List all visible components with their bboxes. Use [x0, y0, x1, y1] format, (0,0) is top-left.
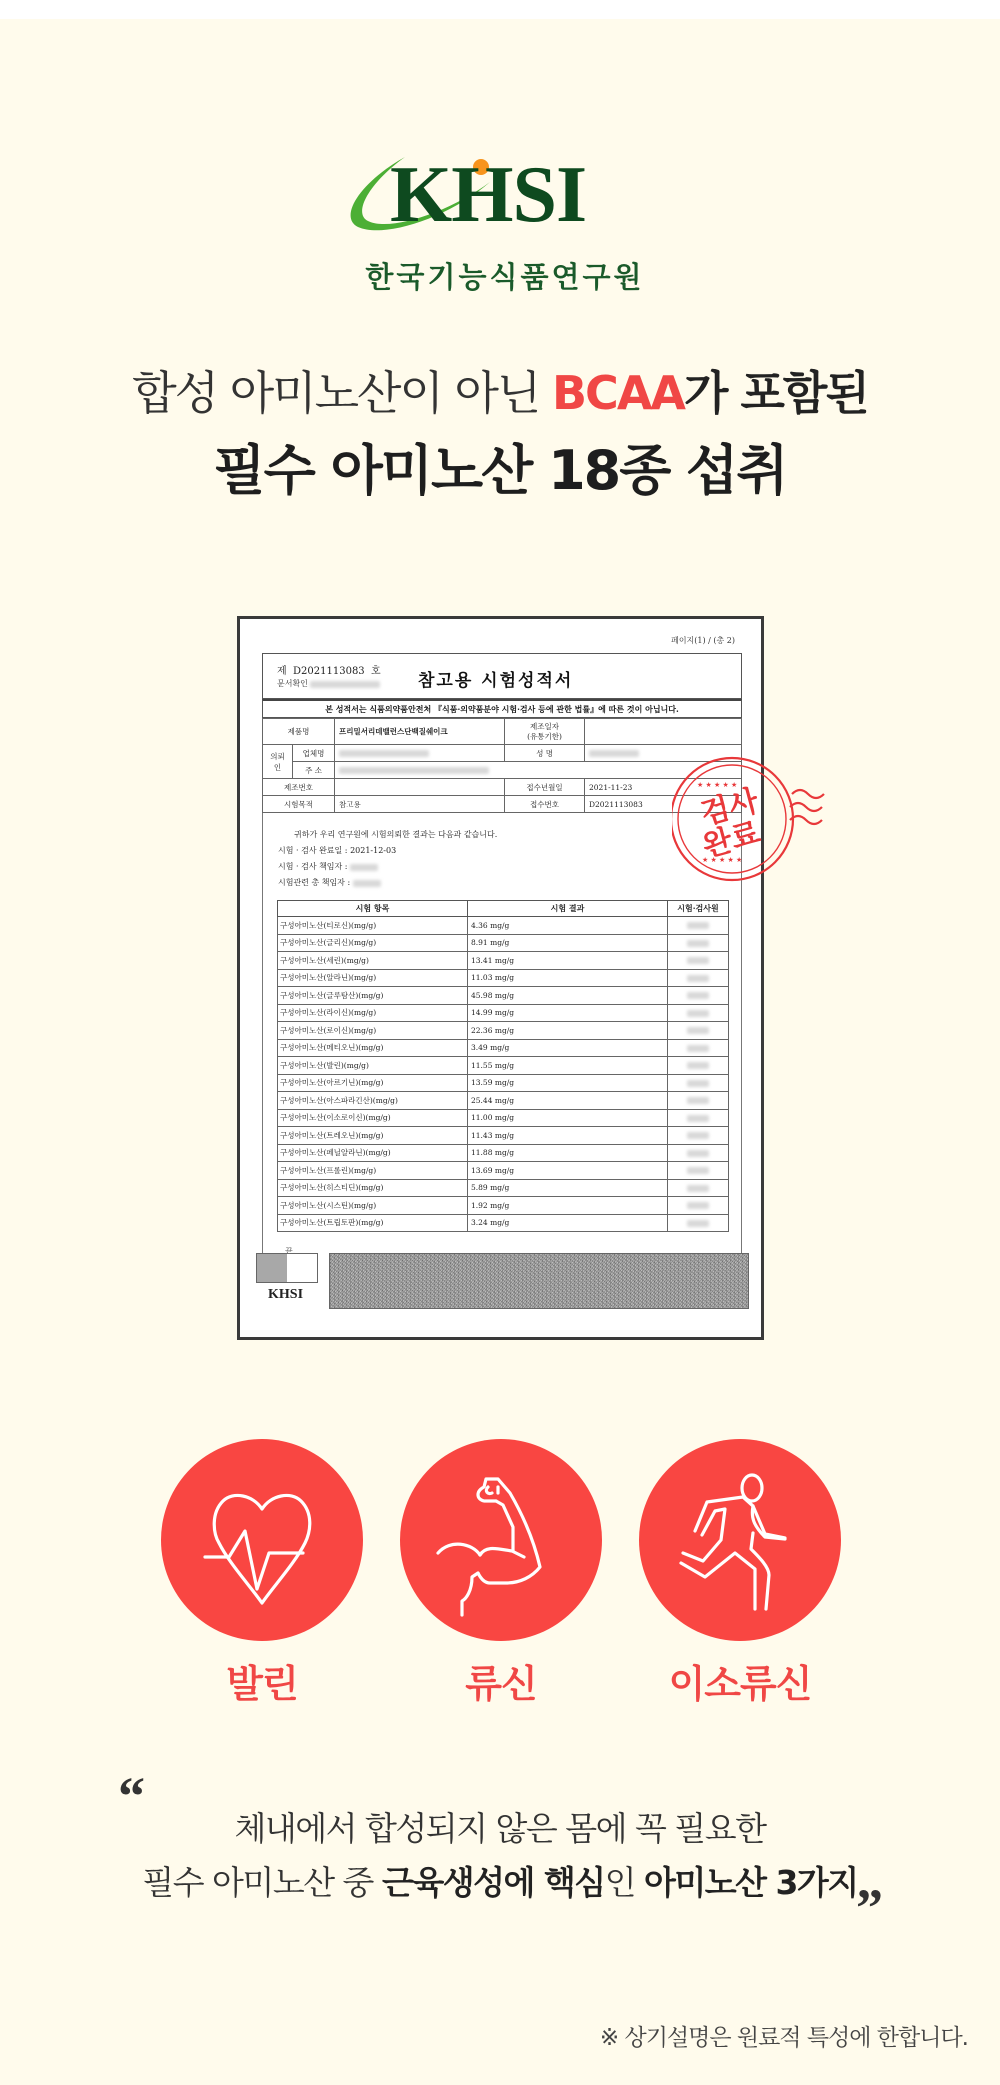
inspector-redacted [668, 1004, 729, 1022]
table-row: 구성아미노산(글리신)(mg/g)8.91 mg/g [278, 934, 729, 952]
svg-text:★ ★ ★ ★ ★: ★ ★ ★ ★ ★ [697, 781, 737, 789]
table-row: 구성아미노산(세린)(mg/g)13.41 mg/g [278, 952, 729, 970]
headline-suffix: 가 포함된 [684, 366, 868, 420]
test-item: 구성아미노산(로이신)(mg/g) [278, 1022, 468, 1040]
table-row: 구성아미노산(아스파라긴산)(mg/g)25.44 mg/g [278, 1092, 729, 1110]
inspector-redacted [668, 1214, 729, 1232]
test-result: 5.89 mg/g [468, 1179, 668, 1197]
quote-line-2: 필수 아미노산 중 근육생성에 핵심인 아미노산 3가지 [0, 1859, 1000, 1907]
redacted-value [353, 880, 381, 887]
test-result: 8.91 mg/g [468, 934, 668, 952]
test-result: 45.98 mg/g [468, 987, 668, 1005]
table-row: 구성아미노산(글루탐산)(mg/g)45.98 mg/g [278, 987, 729, 1005]
redacted-value [687, 1027, 709, 1034]
inspector-redacted [668, 987, 729, 1005]
test-result: 11.00 mg/g [468, 1109, 668, 1127]
certificate-notice: 본 성적서는 식품의약품안전처 『식품·의약품분야 시험·검사 등에 관한 법률… [262, 699, 742, 718]
redacted-value [687, 1167, 709, 1174]
redacted-value [687, 1202, 709, 1209]
test-result: 11.43 mg/g [468, 1127, 668, 1145]
table-row: 구성아미노산(로이신)(mg/g)22.36 mg/g [278, 1022, 729, 1040]
table-row: 구성아미노산(트레오닌)(mg/g)11.43 mg/g [278, 1127, 729, 1145]
test-item: 구성아미노산(글루탐산)(mg/g) [278, 987, 468, 1005]
redacted-value [310, 681, 380, 688]
headline: 합성 아미노산이 아닌 BCAA가 포함된 필수 아미노산 18종 섭취 [0, 359, 1000, 511]
inspector-redacted [668, 1057, 729, 1075]
footnote: ※ 상기설명은 원료적 특성에 한합니다. [600, 2019, 968, 2052]
test-result: 11.88 mg/g [468, 1144, 668, 1162]
stamp-icon: ★ ★ ★ ★ ★ ★ ★ ★ ★ ★ 검사 완료 [672, 749, 832, 889]
test-certificate: 페이지(1) / (총 2) 제 D2021113083 호 문서확인 참고용 … [237, 616, 764, 1340]
quote-block: “ 체내에서 합성되지 않은 몸에 꼭 필요한 필수 아미노산 중 근육생성에 … [0, 1769, 1000, 1929]
table-row: 구성아미노산(알라닌)(mg/g)11.03 mg/g [278, 969, 729, 987]
test-result: 22.36 mg/g [468, 1022, 668, 1040]
redacted-value [687, 957, 709, 964]
table-row: 구성아미노산(메티오닌)(mg/g)3.49 mg/g [278, 1039, 729, 1057]
test-result: 14.99 mg/g [468, 1004, 668, 1022]
table-row: 구성아미노산(티로신)(mg/g)4.36 mg/g [278, 917, 729, 935]
test-item: 구성아미노산(발린)(mg/g) [278, 1057, 468, 1075]
inspector-redacted [668, 969, 729, 987]
test-result: 13.69 mg/g [468, 1162, 668, 1180]
logo-text: KHSI [390, 155, 586, 235]
test-item: 구성아미노산(세린)(mg/g) [278, 952, 468, 970]
test-item: 구성아미노산(메티오닌)(mg/g) [278, 1039, 468, 1057]
redacted-value [687, 1220, 709, 1227]
benefit-valine: 발린 [161, 1439, 363, 1709]
footer-security-pattern [329, 1253, 749, 1309]
benefit-isoleucine: 이소류신 [639, 1439, 841, 1709]
test-item: 구성아미노산(이소로이신)(mg/g) [278, 1109, 468, 1127]
valine-circle [161, 1439, 363, 1641]
test-item: 구성아미노산(시스틴)(mg/g) [278, 1197, 468, 1215]
inspector-redacted [668, 1179, 729, 1197]
benefit-label: 류신 [400, 1659, 602, 1709]
benefit-label: 이소류신 [639, 1659, 841, 1709]
flexed-arm-icon [400, 1439, 602, 1641]
heart-pulse-icon [161, 1439, 363, 1641]
redacted-value [687, 975, 709, 982]
redacted-value [339, 767, 489, 774]
test-result: 1.92 mg/g [468, 1197, 668, 1215]
test-item: 구성아미노산(페닐알라닌)(mg/g) [278, 1144, 468, 1162]
test-item: 구성아미노산(아스파라긴산)(mg/g) [278, 1092, 468, 1110]
test-item: 구성아미노산(트레오닌)(mg/g) [278, 1127, 468, 1145]
redacted-value [687, 1080, 709, 1087]
table-row: 구성아미노산(라이신)(mg/g)14.99 mg/g [278, 1004, 729, 1022]
running-person-icon [639, 1439, 841, 1641]
logo-subtitle: 한국기능식품연구원 [360, 255, 650, 296]
inspection-complete-stamp: ★ ★ ★ ★ ★ ★ ★ ★ ★ ★ 검사 완료 [672, 749, 832, 889]
redacted-value [687, 1132, 709, 1139]
document-number: 제 D2021113083 호 [277, 662, 381, 677]
benefit-label: 발린 [161, 1659, 363, 1709]
redacted-value [687, 940, 709, 947]
page: KHSI 한국기능식품연구원 합성 아미노산이 아닌 BCAA가 포함된 필수 … [0, 19, 1000, 2085]
redacted-value [687, 1097, 709, 1104]
close-quote-icon: ” [856, 1881, 883, 1935]
headline-accent-bcaa: BCAA [552, 366, 684, 420]
table-row: 구성아미노산(페닐알라닌)(mg/g)11.88 mg/g [278, 1144, 729, 1162]
inspector-redacted [668, 1039, 729, 1057]
test-item: 구성아미노산(히스티딘)(mg/g) [278, 1179, 468, 1197]
test-item: 구성아미노산(알라닌)(mg/g) [278, 969, 468, 987]
table-row: 구성아미노산(히스티딘)(mg/g)5.89 mg/g [278, 1179, 729, 1197]
document-check: 문서확인 [277, 678, 380, 689]
redacted-value [687, 1185, 709, 1192]
inspector-redacted [668, 917, 729, 935]
test-result: 11.55 mg/g [468, 1057, 668, 1075]
redacted-value [350, 864, 378, 871]
test-item: 구성아미노산(아르기닌)(mg/g) [278, 1074, 468, 1092]
inspector-redacted [668, 1127, 729, 1145]
redacted-value [589, 750, 639, 757]
redacted-value [687, 992, 709, 999]
key-amino-acids: 발린 류신 [0, 1439, 1000, 1729]
inspector-redacted [668, 1144, 729, 1162]
redacted-value [687, 1010, 709, 1017]
headline-line-1: 합성 아미노산이 아닌 BCAA가 포함된 [0, 359, 1000, 427]
table-row: 구성아미노산(프롤린)(mg/g)13.69 mg/g [278, 1162, 729, 1180]
certificate-body: 귀하가 우리 연구원에 시험의뢰한 결과는 다음과 같습니다. 시험 · 검사 … [278, 827, 497, 891]
test-result: 3.24 mg/g [468, 1214, 668, 1232]
inspector-redacted [668, 1109, 729, 1127]
certificate-header: 제 D2021113083 호 문서확인 참고용 시험성적서 [262, 653, 742, 699]
inspector-redacted [668, 1162, 729, 1180]
test-result: 13.59 mg/g [468, 1074, 668, 1092]
test-result: 3.49 mg/g [468, 1039, 668, 1057]
test-result: 13.41 mg/g [468, 952, 668, 970]
test-item: 구성아미노산(글리신)(mg/g) [278, 934, 468, 952]
test-item: 구성아미노산(트립토판)(mg/g) [278, 1214, 468, 1232]
inspector-redacted [668, 1197, 729, 1215]
leucine-circle [400, 1439, 602, 1641]
footer-barcode-box [256, 1253, 318, 1283]
test-item: 구성아미노산(프롤린)(mg/g) [278, 1162, 468, 1180]
khsi-logo: KHSI 한국기능식품연구원 [330, 147, 670, 297]
headline-line-2: 필수 아미노산 18종 섭취 [0, 431, 1000, 511]
table-row: 구성아미노산(발린)(mg/g)11.55 mg/g [278, 1057, 729, 1075]
test-result: 25.44 mg/g [468, 1092, 668, 1110]
test-result: 4.36 mg/g [468, 917, 668, 935]
certificate-title: 참고용 시험성적서 [418, 666, 573, 691]
redacted-value [687, 1062, 709, 1069]
redacted-value [687, 1045, 709, 1052]
redacted-value [687, 922, 709, 929]
redacted-value [687, 1150, 709, 1157]
table-row: 구성아미노산(시스틴)(mg/g)1.92 mg/g [278, 1197, 729, 1215]
redacted-value [339, 750, 429, 757]
table-row: 구성아미노산(이소로이신)(mg/g)11.00 mg/g [278, 1109, 729, 1127]
inspector-redacted [668, 1022, 729, 1040]
top-white-band [0, 0, 1000, 19]
table-row: 구성아미노산(트립토판)(mg/g)3.24 mg/g [278, 1214, 729, 1232]
page-indicator: 페이지(1) / (총 2) [671, 635, 735, 646]
inspector-redacted [668, 952, 729, 970]
redacted-value [687, 1115, 709, 1122]
inspector-redacted [668, 1092, 729, 1110]
table-row: 구성아미노산(아르기닌)(mg/g)13.59 mg/g [278, 1074, 729, 1092]
inspector-redacted [668, 934, 729, 952]
test-item: 구성아미노산(라이신)(mg/g) [278, 1004, 468, 1022]
test-item: 구성아미노산(티로신)(mg/g) [278, 917, 468, 935]
certificate-info-table: 제품명 프리밀서리데밸런스단백질쉐이크 제조일자(유통기한) 의뢰인 업체명 성… [262, 718, 742, 813]
footer-logo: KHSI [268, 1287, 303, 1303]
results-table: 시험 항목 시험 결과 시험·검사원 구성아미노산(티로신)(mg/g)4.36… [277, 900, 729, 1232]
quote-line-1: 체내에서 합성되지 않은 몸에 꼭 필요한 [0, 1805, 1000, 1853]
headline-prefix: 합성 아미노산이 아닌 [132, 366, 552, 420]
benefit-leucine: 류신 [400, 1439, 602, 1709]
isoleucine-circle [639, 1439, 841, 1641]
test-result: 11.03 mg/g [468, 969, 668, 987]
inspector-redacted [668, 1074, 729, 1092]
